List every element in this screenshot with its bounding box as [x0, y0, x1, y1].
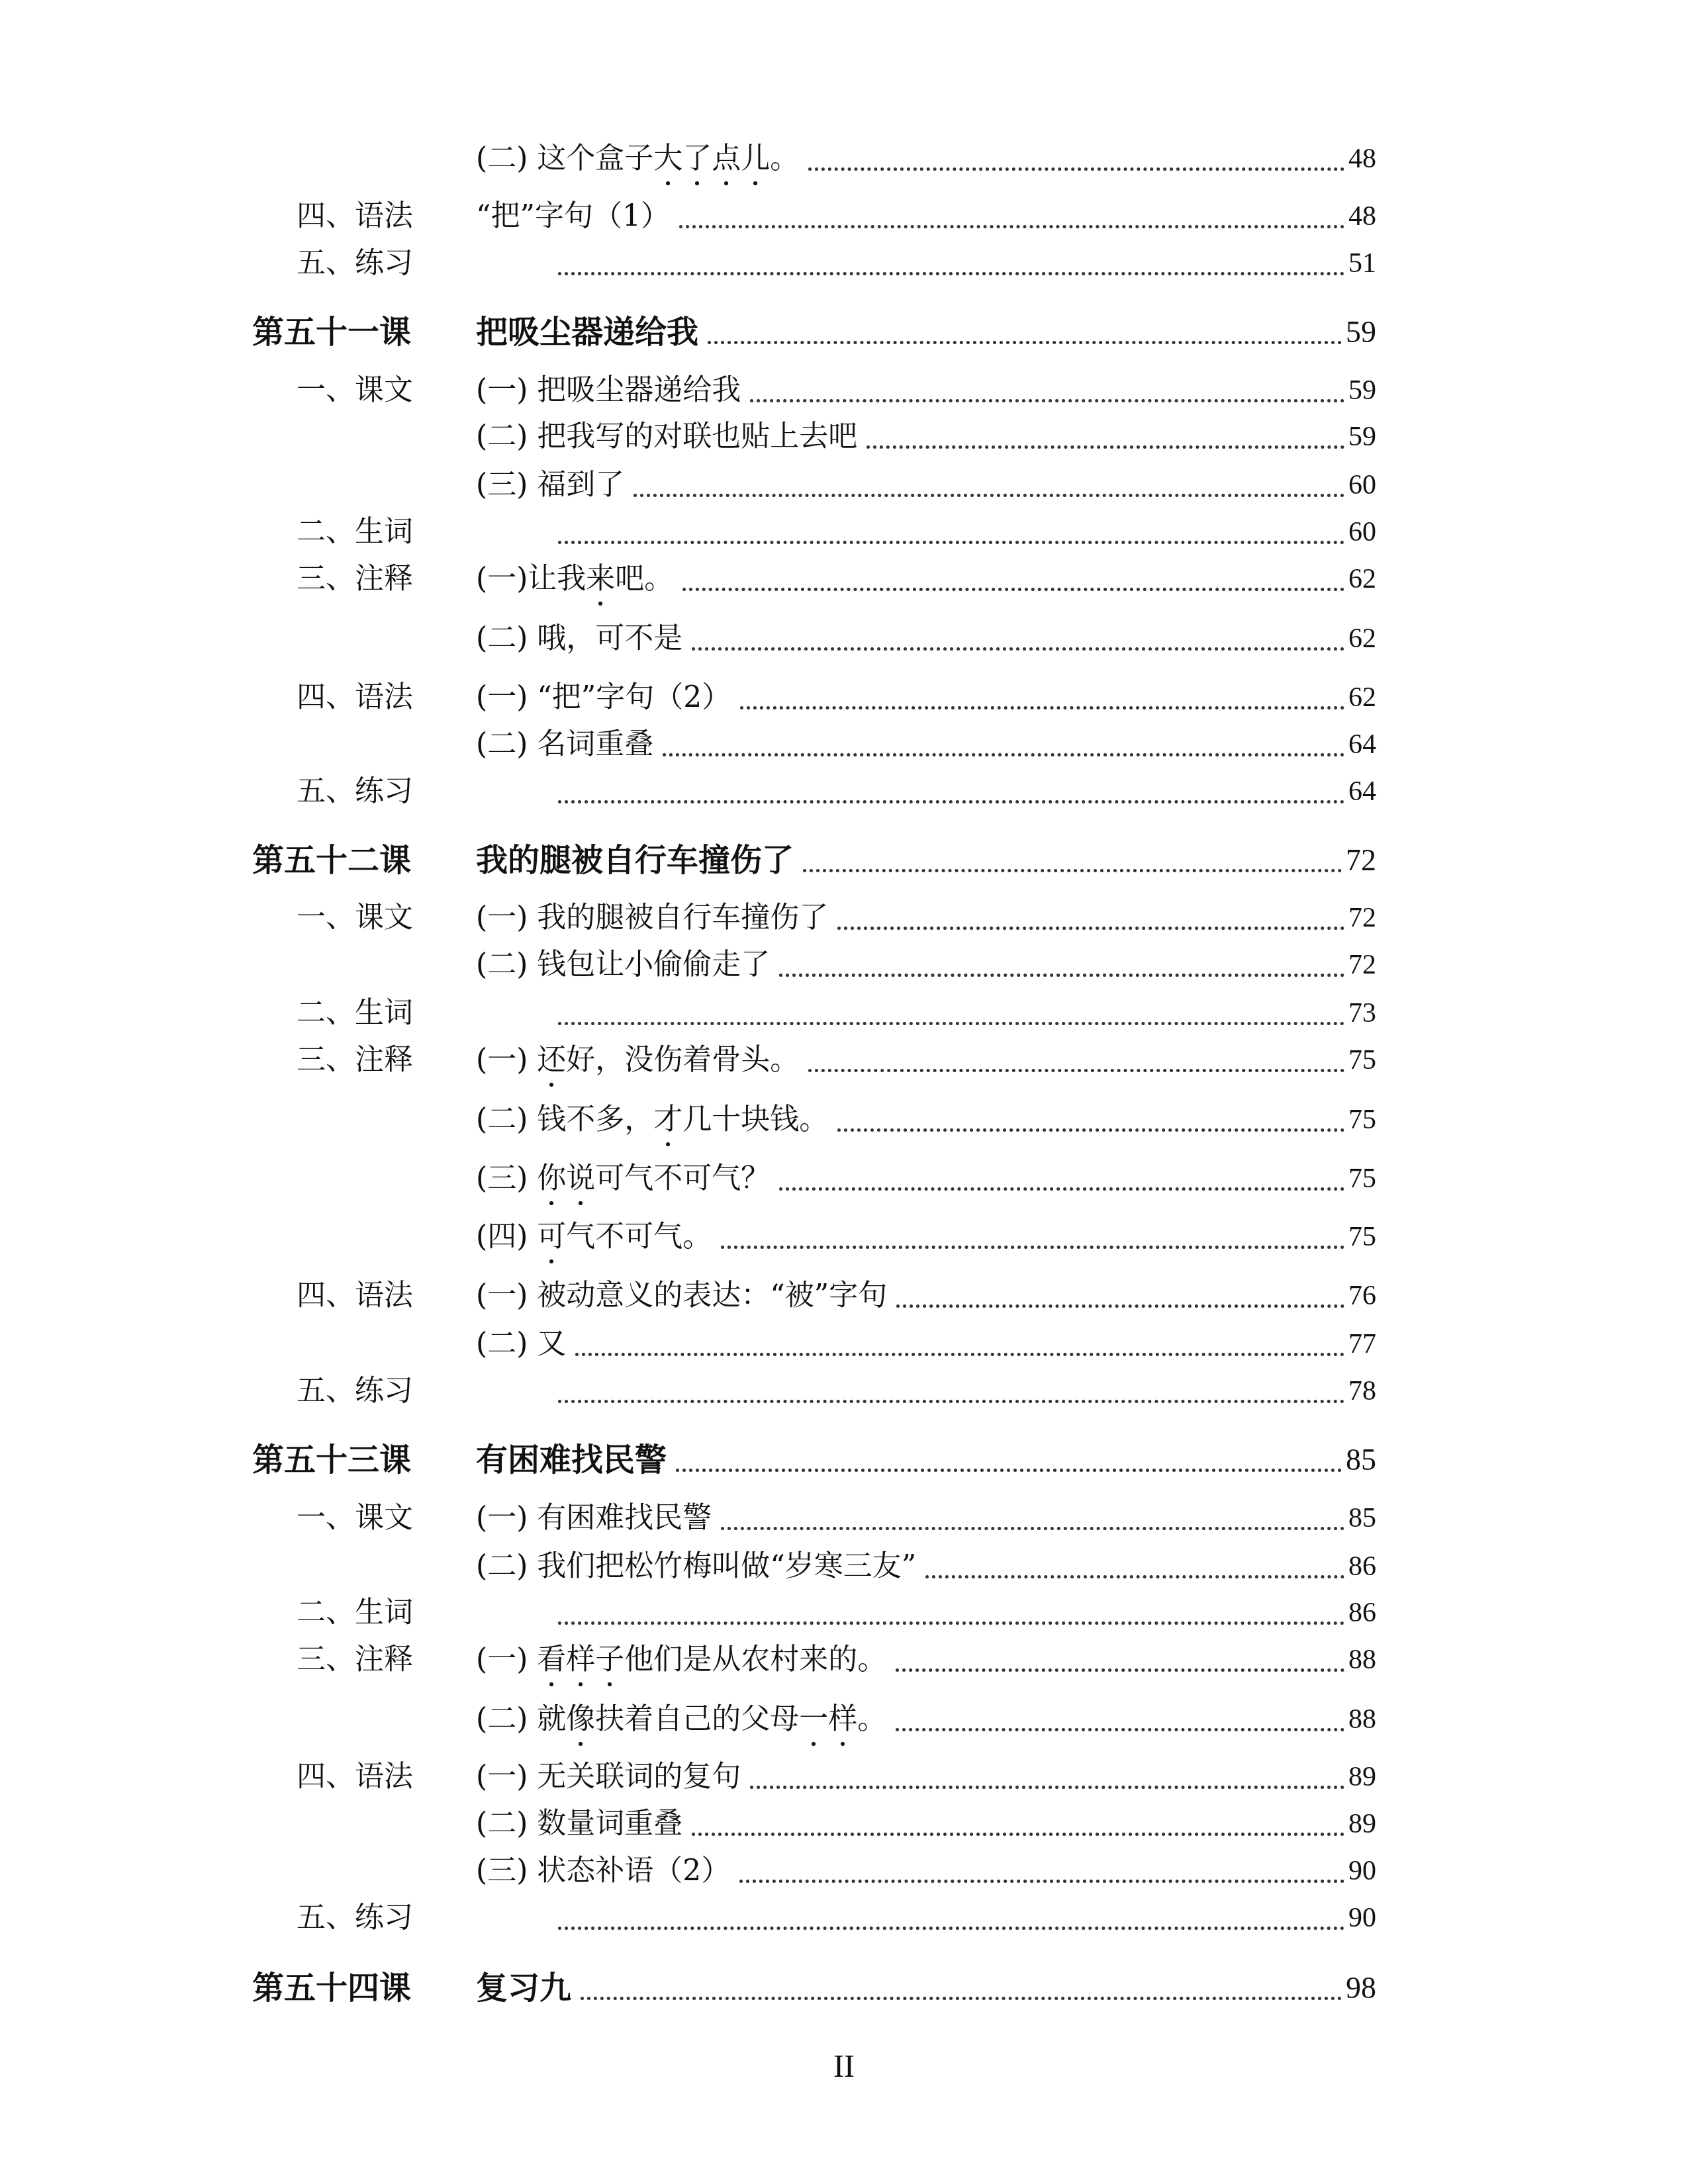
- section-label: 五、练习: [297, 1898, 413, 1938]
- lesson-number: 第五十四课: [252, 1968, 411, 2008]
- dot-leader: [558, 1022, 1344, 1025]
- toc-entry-row[interactable]: (三) 福到了60: [0, 465, 1688, 505]
- title-text: “把”字句（1）: [476, 199, 670, 233]
- toc-entry-row[interactable]: 四、语法(一) “把”字句（2）62: [0, 678, 1688, 717]
- emphasis-dot-char: 了: [682, 139, 712, 179]
- page-number: 72: [1346, 841, 1376, 880]
- dot-leader: [837, 927, 1344, 930]
- page-number: 51: [1348, 244, 1376, 283]
- title-text: (一): [476, 1643, 537, 1676]
- title-text: 好，没伤着骨头。: [566, 1043, 799, 1077]
- dot-leader: [925, 1575, 1344, 1578]
- entry-title: 把吸尘器递给我: [476, 312, 698, 352]
- toc-entry-row[interactable]: (二) 数量词重叠89: [0, 1804, 1688, 1844]
- lesson-number: 第五十三课: [252, 1440, 411, 1480]
- toc-entry-row[interactable]: 五、练习64: [0, 772, 1688, 811]
- toc-entry-row[interactable]: 四、语法“把”字句（1）48: [0, 197, 1688, 236]
- page-number: 86: [1348, 1593, 1376, 1633]
- dot-leader: [721, 1527, 1344, 1530]
- dot-leader: [803, 869, 1342, 872]
- dot-leader: [779, 974, 1344, 977]
- emphasis-dot-char: 像: [566, 1700, 595, 1739]
- entry-title: (三) 状态补语（2）: [476, 1851, 730, 1891]
- title-text: (一) 把吸尘器递给我: [476, 373, 741, 407]
- toc-entry-row[interactable]: 二、生词60: [0, 512, 1688, 552]
- page-number: 76: [1348, 1276, 1376, 1316]
- section-label: 四、语法: [297, 1276, 413, 1316]
- toc-entry-row[interactable]: 一、课文(一) 有困难找民警85: [0, 1498, 1688, 1538]
- entry-title: (一)让我来吧。: [476, 559, 673, 599]
- dot-leader: [558, 272, 1344, 275]
- emphasis-dot-char: 儿: [741, 139, 770, 179]
- title-text: 他们是从农村来的。: [624, 1643, 886, 1676]
- entry-title: 我的腿被自行车撞伤了: [476, 841, 794, 880]
- page-number: 64: [1348, 725, 1376, 764]
- toc-entry-row[interactable]: 二、生词73: [0, 993, 1688, 1033]
- toc-entry-row[interactable]: 三、注释(一)让我来吧。62: [0, 559, 1688, 599]
- title-text: (二) 又: [476, 1327, 566, 1361]
- title-text: 扶着自己的父母: [595, 1702, 799, 1736]
- entry-title: (一) “把”字句（2）: [476, 678, 731, 717]
- dot-leader: [682, 588, 1344, 591]
- entry-title: (二) 就像扶着自己的父母一样。: [476, 1700, 886, 1739]
- toc-entry-row[interactable]: (二) 又77: [0, 1324, 1688, 1364]
- emphasis-dot-char: 点: [712, 139, 741, 179]
- entry-title: (一) 把吸尘器递给我: [476, 371, 741, 410]
- toc-entry-row[interactable]: (三) 状态补语（2）90: [0, 1851, 1688, 1891]
- section-label: 四、语法: [297, 197, 413, 236]
- entry-title: (二) 这个盒子大了点儿。: [476, 139, 799, 179]
- dot-leader: [558, 1400, 1344, 1403]
- emphasis-dot-char: 来: [586, 559, 615, 599]
- title-text: (四): [476, 1220, 537, 1253]
- emphasis-dot-char: 看: [537, 1640, 566, 1680]
- title-text: (一) 无关联词的复句: [476, 1760, 741, 1794]
- entry-title: (三) 福到了: [476, 465, 624, 505]
- title-text: 我的腿被自行车撞伤了: [476, 842, 794, 879]
- title-text: (三) 福到了: [476, 468, 624, 502]
- dot-leader: [837, 1128, 1344, 1132]
- dot-leader: [575, 1353, 1344, 1356]
- dot-leader: [708, 341, 1342, 344]
- page-number: 62: [1348, 559, 1376, 599]
- title-text: 复习九: [476, 1970, 571, 2007]
- emphasis-dot-char: 可: [537, 1217, 566, 1257]
- entry-title: (二) 我们把松竹梅叫做“岁寒三友”: [476, 1547, 916, 1586]
- dot-leader: [750, 399, 1344, 402]
- toc-entry-row[interactable]: (二) 钱不多，才几十块钱。75: [0, 1100, 1688, 1140]
- dot-leader: [721, 1246, 1344, 1249]
- entry-title: (二) 哦，可不是: [476, 619, 682, 659]
- title-text: (三) 状态补语（2）: [476, 1854, 730, 1888]
- dot-leader: [663, 753, 1344, 756]
- toc-entry-row[interactable]: (四) 可气不可气。75: [0, 1217, 1688, 1257]
- title-text: (二) 名词重叠: [476, 727, 653, 761]
- toc-lesson-row[interactable]: 第五十四课复习九98: [0, 1968, 1688, 2008]
- toc-entry-row[interactable]: (二) 就像扶着自己的父母一样。88: [0, 1700, 1688, 1739]
- page-number: 75: [1348, 1159, 1376, 1199]
- dot-leader: [808, 167, 1344, 171]
- section-label: 二、生词: [297, 993, 413, 1033]
- entry-title: (三) 你说可气不可气？: [476, 1159, 770, 1199]
- page-number: 72: [1348, 945, 1376, 985]
- entry-title: (一) 我的腿被自行车撞伤了: [476, 898, 828, 938]
- toc-entry-row[interactable]: 一、课文(一) 我的腿被自行车撞伤了72: [0, 898, 1688, 938]
- section-label: 二、生词: [297, 1593, 413, 1633]
- entry-title: (一) 被动意义的表达：“被”字句: [476, 1276, 887, 1316]
- page-number: 88: [1348, 1700, 1376, 1739]
- title-text: (二) 哦，可不是: [476, 621, 682, 655]
- title-text: 吧。: [615, 562, 673, 596]
- emphasis-dot-char: 一: [799, 1700, 828, 1739]
- emphasis-dot-char: 样: [828, 1700, 857, 1739]
- page-number-footer: II: [0, 2048, 1688, 2085]
- entry-title: (二) 又: [476, 1324, 566, 1364]
- section-label: 五、练习: [297, 244, 413, 283]
- toc-entry-row[interactable]: (二) 把我写的对联也贴上去吧59: [0, 417, 1688, 457]
- dot-leader: [558, 1621, 1344, 1625]
- dot-leader: [558, 800, 1344, 803]
- dot-leader: [867, 445, 1344, 449]
- page-number: 75: [1348, 1217, 1376, 1257]
- page-number: 89: [1348, 1757, 1376, 1797]
- toc-entry-row[interactable]: (二) 名词重叠64: [0, 725, 1688, 764]
- section-label: 四、语法: [297, 1757, 413, 1797]
- title-text: 。: [857, 1702, 886, 1736]
- title-text: (三): [476, 1161, 537, 1195]
- page-number: 88: [1348, 1640, 1376, 1680]
- title-text: (一) 我的腿被自行车撞伤了: [476, 901, 828, 934]
- entry-title: (一) 还好，没伤着骨头。: [476, 1040, 799, 1080]
- title-text: 气不可气。: [566, 1220, 712, 1253]
- title-text: 把吸尘器递给我: [476, 314, 698, 351]
- title-text: (二) 数量词重叠: [476, 1807, 682, 1841]
- dot-leader: [692, 1833, 1344, 1836]
- title-text: (一): [476, 1043, 537, 1077]
- page-number: 60: [1348, 512, 1376, 552]
- section-label: 一、课文: [297, 898, 413, 938]
- entry-title: (二) 钱包让小偷偷走了: [476, 945, 770, 985]
- section-label: 一、课文: [297, 371, 413, 410]
- toc-entry-row[interactable]: 四、语法(一) 被动意义的表达：“被”字句76: [0, 1276, 1688, 1316]
- entry-title: (二) 数量词重叠: [476, 1804, 682, 1844]
- dot-leader: [896, 1668, 1344, 1672]
- emphasis-dot-char: 你: [537, 1159, 566, 1199]
- toc-entry-row[interactable]: 三、注释(一) 看样子他们是从农村来的。88: [0, 1640, 1688, 1680]
- toc-lesson-row[interactable]: 第五十三课有困难找民警85: [0, 1440, 1688, 1480]
- title-text: 有困难找民警: [476, 1441, 667, 1479]
- toc-entry-row[interactable]: 二、生词86: [0, 1593, 1688, 1633]
- page-number: 75: [1348, 1040, 1376, 1080]
- title-text: (一) “把”字句（2）: [476, 680, 731, 714]
- emphasis-dot-char: 说: [566, 1159, 595, 1199]
- page-number: 60: [1348, 465, 1376, 505]
- emphasis-dot-char: 大: [653, 139, 682, 179]
- entry-title: (一) 无关联词的复句: [476, 1757, 741, 1797]
- dot-leader: [740, 706, 1344, 709]
- dot-leader: [676, 1469, 1342, 1472]
- title-text: (二) 钱包让小偷偷走了: [476, 948, 770, 981]
- title-text: (二) 把我写的对联也贴上去吧: [476, 420, 857, 453]
- section-label: 三、注释: [297, 559, 413, 599]
- toc-entry-row[interactable]: (三) 你说可气不可气？75: [0, 1159, 1688, 1199]
- section-label: 五、练习: [297, 1371, 413, 1411]
- page-number: 48: [1348, 197, 1376, 236]
- dot-leader: [581, 1997, 1342, 2000]
- page-number: 90: [1348, 1851, 1376, 1891]
- section-label: 四、语法: [297, 678, 413, 717]
- title-text: (一) 被动意义的表达：“被”字句: [476, 1279, 887, 1312]
- title-text: (二) 这个盒子: [476, 142, 653, 175]
- entry-title: (二) 把我写的对联也贴上去吧: [476, 417, 857, 457]
- entry-title: 复习九: [476, 1968, 571, 2008]
- page-number: 86: [1348, 1547, 1376, 1586]
- section-label: 一、课文: [297, 1498, 413, 1538]
- dot-leader: [692, 647, 1344, 651]
- section-label: 三、注释: [297, 1640, 413, 1680]
- entry-title: “把”字句（1）: [476, 197, 670, 236]
- page-number: 64: [1348, 772, 1376, 811]
- page-number: 85: [1348, 1498, 1376, 1538]
- entry-title: (二) 钱不多，才几十块钱。: [476, 1100, 828, 1140]
- lesson-number: 第五十一课: [252, 312, 411, 352]
- title-text: (二) 钱不多，: [476, 1103, 653, 1136]
- toc-entry-row[interactable]: 五、练习51: [0, 244, 1688, 283]
- toc-lesson-row[interactable]: 第五十二课我的腿被自行车撞伤了72: [0, 841, 1688, 880]
- page-number: 98: [1346, 1968, 1376, 2008]
- toc-entry-row[interactable]: 五、练习78: [0, 1371, 1688, 1411]
- section-label: 五、练习: [297, 772, 413, 811]
- section-label: 二、生词: [297, 512, 413, 552]
- title-text: (一)让我: [476, 562, 586, 596]
- title-text: (二) 我们把松竹梅叫做“岁寒三友”: [476, 1549, 916, 1583]
- title-text: (一) 有困难找民警: [476, 1501, 712, 1535]
- page-number: 72: [1348, 898, 1376, 938]
- dot-leader: [558, 1927, 1344, 1930]
- toc-entry-row[interactable]: 五、练习90: [0, 1898, 1688, 1938]
- page-number: 78: [1348, 1371, 1376, 1411]
- toc-entry-row[interactable]: (二) 这个盒子大了点儿。48: [0, 139, 1688, 179]
- entry-title: (一) 看样子他们是从农村来的。: [476, 1640, 886, 1680]
- page-number: 62: [1348, 619, 1376, 659]
- dot-leader: [739, 1880, 1344, 1883]
- page-number: 48: [1348, 139, 1376, 179]
- page-number: 73: [1348, 993, 1376, 1033]
- entry-title: (二) 名词重叠: [476, 725, 653, 764]
- page-number: 59: [1346, 312, 1376, 352]
- emphasis-dot-char: 还: [537, 1040, 566, 1080]
- dot-leader: [750, 1786, 1344, 1789]
- section-label: 三、注释: [297, 1040, 413, 1080]
- dot-leader: [679, 225, 1344, 228]
- toc-entry-row[interactable]: 三、注释(一) 还好，没伤着骨头。75: [0, 1040, 1688, 1080]
- dot-leader: [779, 1187, 1344, 1191]
- dot-leader: [558, 541, 1344, 544]
- toc-entry-row[interactable]: (二) 钱包让小偷偷走了72: [0, 945, 1688, 985]
- emphasis-dot-char: 才: [653, 1100, 682, 1140]
- page-number: 75: [1348, 1100, 1376, 1140]
- page-number: 77: [1348, 1324, 1376, 1364]
- entry-title: (四) 可气不可气。: [476, 1217, 712, 1257]
- title-text: 几十块钱。: [682, 1103, 828, 1136]
- emphasis-dot-char: 子: [595, 1640, 624, 1680]
- entry-title: 有困难找民警: [476, 1440, 667, 1480]
- page-number: 89: [1348, 1804, 1376, 1844]
- toc-entry-row[interactable]: (二) 哦，可不是62: [0, 619, 1688, 659]
- page-number: 59: [1348, 417, 1376, 457]
- page-number: 59: [1348, 371, 1376, 410]
- toc-lesson-row[interactable]: 第五十一课把吸尘器递给我59: [0, 312, 1688, 352]
- entry-title: (一) 有困难找民警: [476, 1498, 712, 1538]
- title-text: (二) 就: [476, 1702, 566, 1736]
- dot-leader: [896, 1728, 1344, 1731]
- dot-leader: [808, 1069, 1344, 1072]
- page-number: 62: [1348, 678, 1376, 717]
- title-text: 。: [770, 142, 799, 175]
- toc-entry-row[interactable]: (二) 我们把松竹梅叫做“岁寒三友”86: [0, 1547, 1688, 1586]
- lesson-number: 第五十二课: [252, 841, 411, 880]
- toc-entry-row[interactable]: 四、语法(一) 无关联词的复句89: [0, 1757, 1688, 1797]
- toc-entry-row[interactable]: 一、课文(一) 把吸尘器递给我59: [0, 371, 1688, 410]
- dot-leader: [633, 494, 1344, 497]
- page-number: 85: [1346, 1440, 1376, 1480]
- emphasis-dot-char: 样: [566, 1640, 595, 1680]
- title-text: 可气不可气？: [595, 1161, 770, 1195]
- page-number: 90: [1348, 1898, 1376, 1938]
- dot-leader: [896, 1304, 1344, 1308]
